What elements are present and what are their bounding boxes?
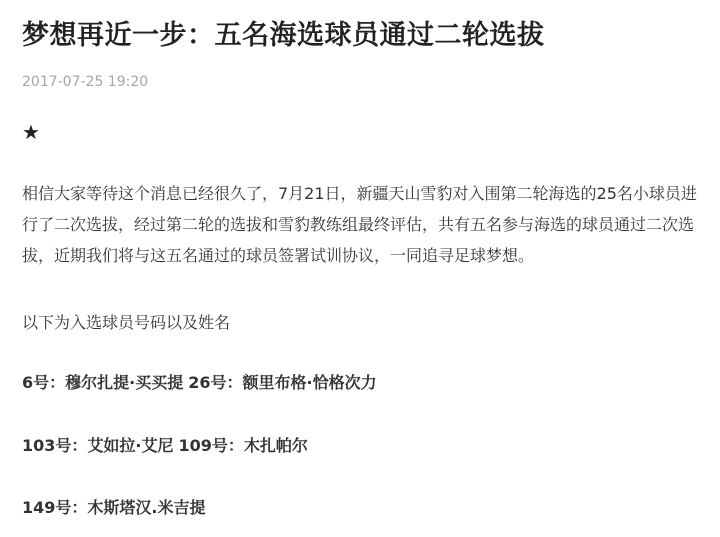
article-title: 梦想再近一步：五名海选球员通过二轮选拔	[22, 14, 545, 58]
player-number: 6号：	[22, 373, 65, 392]
player-number: 109号：	[179, 436, 244, 455]
player-list-heading: 以下为入选球员号码以及姓名	[22, 307, 702, 338]
star-icon: ★	[22, 119, 40, 145]
player-number: 26号：	[188, 373, 242, 392]
player-line: 103号：艾如拉·艾尼109号：木扎帕尔	[22, 432, 308, 460]
player-name: 额里布格·恰格次力	[243, 373, 377, 392]
player-line: 6号：穆尔扎提·买买提26号：额里布格·恰格次力	[22, 369, 377, 397]
player-name: 木扎帕尔	[244, 436, 308, 455]
player-line: 149号：木斯塔汉.米吉提	[22, 494, 206, 522]
intro-paragraph: 相信大家等待这个消息已经很久了，7月21日，新疆天山雪豹对入围第二轮海选的25名…	[22, 178, 702, 271]
player-name: 艾如拉·艾尼	[87, 436, 173, 455]
player-name: 木斯塔汉.米吉提	[87, 498, 205, 517]
player-number: 103号：	[22, 436, 87, 455]
player-number: 149号：	[22, 498, 87, 517]
player-name: 穆尔扎提·买买提	[65, 373, 183, 392]
publish-date: 2017-07-25 19:20	[22, 72, 148, 92]
